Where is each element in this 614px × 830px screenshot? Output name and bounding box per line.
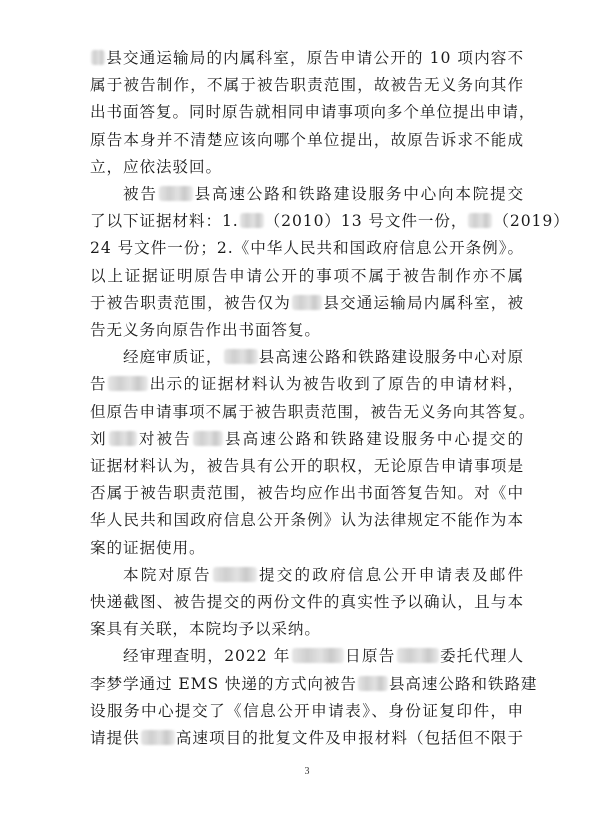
text-segment: 县高速公路和铁路建设服务中心提交的 xyxy=(224,430,524,448)
text-line: 以上证据证明原告申请公开的事项不属于被告制作亦不属 xyxy=(90,264,524,288)
text-line: 经审理查明，2022 年日原告委托代理人 xyxy=(90,644,524,668)
text-line: 刘对被告县高速公路和铁路建设服务中心提交的 xyxy=(90,427,524,451)
text-line: 县交通运输局的内属科室，原告申请公开的 10 项内容不 xyxy=(90,46,524,70)
text-line: 但原告申请事项不属于被告职责范围，被告无义务向其答复。 xyxy=(90,400,524,424)
text-line: 经庭审质证，县高速公路和铁路建设服务中心对原 xyxy=(90,345,524,369)
text-segment: 立，应依法驳回。 xyxy=(90,158,222,176)
document-page: 县交通运输局的内属科室，原告申请公开的 10 项内容不属于被告制作，不属于被告职… xyxy=(0,0,614,830)
text-segment: 告 xyxy=(90,375,107,393)
text-line: 立，应依法驳回。 xyxy=(90,155,524,179)
text-segment: 李梦学通过 EMS 快递的方式向被告 xyxy=(90,675,357,693)
text-segment: 本院对原告 xyxy=(123,566,212,584)
text-line: 否属于被告职责范围，被告均应作出书面答复告知。对《中 xyxy=(90,481,524,505)
redacted-text xyxy=(193,431,223,446)
text-segment: 24 号文件一份；2.《中华人民共和国政府信息公开条例》。 xyxy=(90,239,524,257)
text-segment: 县高速公路和铁路建 xyxy=(389,675,537,693)
text-line: 了以下证据材料：1.（2010）13 号文件一份，（2019） xyxy=(90,209,524,233)
text-segment: 对被告 xyxy=(138,430,192,448)
text-segment: 刘 xyxy=(90,430,108,448)
redacted-text xyxy=(358,676,388,691)
text-line: 证据材料认为，被告具有公开的职权，无论原告申请事项是 xyxy=(90,454,524,478)
text-segment: （2010）13 号文件一份， xyxy=(265,212,468,230)
text-line: 24 号文件一份；2.《中华人民共和国政府信息公开条例》。 xyxy=(90,236,524,260)
redacted-text xyxy=(292,295,322,310)
text-line: 华人民共和国政府信息公开条例》认为法律规定不能作为本 xyxy=(90,508,524,532)
text-segment: 经审理查明，2022 年 xyxy=(123,647,291,665)
text-line: 请提供高速项目的批复文件及申报材料（包括但不限于 xyxy=(90,726,524,750)
text-segment: 高速项目的批复文件及申报材料（包括但不限于 xyxy=(176,729,524,747)
text-line: 属于被告制作，不属于被告职责范围，故被告无义务向其作 xyxy=(90,73,524,97)
text-segment: 县交通运输局的内属科室，原告申请公开的 10 项内容不 xyxy=(106,49,524,67)
redacted-text xyxy=(468,213,492,228)
text-line: 案具有关联，本院均予以采纳。 xyxy=(90,617,524,641)
redacted-text xyxy=(213,567,257,582)
text-segment: 证据材料认为，被告具有公开的职权，无论原告申请事项是 xyxy=(90,457,524,475)
text-segment: 请提供 xyxy=(90,729,140,747)
redacted-text xyxy=(91,50,105,65)
redacted-text xyxy=(108,376,148,391)
text-line: 本院对原告提交的政府信息公开申请表及邮件 xyxy=(90,563,524,587)
text-segment: 了以下证据材料：1. xyxy=(90,212,239,230)
text-line: 告无义务向原告作出书面答复。 xyxy=(90,318,524,342)
redacted-text xyxy=(159,186,193,201)
text-segment: 案的证据使用。 xyxy=(90,539,205,557)
text-line: 于被告职责范围，被告仅为县交通运输局内属科室，被 xyxy=(90,291,524,315)
text-segment: 但原告申请事项不属于被告职责范围，被告无义务向其答复。 xyxy=(90,403,535,421)
text-segment: 设服务中心提交了《信息公开申请表》、身份证复印件，申 xyxy=(90,702,524,720)
text-line: 设服务中心提交了《信息公开申请表》、身份证复印件，申 xyxy=(90,699,524,723)
text-line: 被告县高速公路和铁路建设服务中心向本院提交 xyxy=(90,182,524,206)
redacted-text xyxy=(141,730,175,745)
text-segment: 出示的证据材料认为被告收到了原告的申请材料， xyxy=(149,375,524,393)
text-segment: 于被告职责范围，被告仅为 xyxy=(90,294,291,312)
text-segment: 经庭审质证， xyxy=(123,348,223,366)
text-segment: 快递截图、被告提交的两份文件的真实性予以确认，且与本 xyxy=(90,593,524,611)
text-line: 原告本身并不清楚应该向哪个单位提出，故原告诉求不能成 xyxy=(90,128,524,152)
text-segment: 否属于被告职责范围，被告均应作出书面答复告知。对《中 xyxy=(90,484,524,502)
text-segment: 以上证据证明原告申请公开的事项不属于被告制作亦不属 xyxy=(90,267,524,285)
redacted-text xyxy=(292,648,344,663)
redacted-text xyxy=(109,431,137,446)
text-line: 告出示的证据材料认为被告收到了原告的申请材料， xyxy=(90,372,524,396)
text-line: 案的证据使用。 xyxy=(90,536,524,560)
text-segment: 日原告 xyxy=(345,647,396,665)
text-segment: 原告本身并不清楚应该向哪个单位提出，故原告诉求不能成 xyxy=(90,131,524,149)
text-line: 李梦学通过 EMS 快递的方式向被告县高速公路和铁路建 xyxy=(90,672,524,696)
text-segment: 县高速公路和铁路建设服务中心向本院提交 xyxy=(194,185,524,203)
text-segment: 告无义务向原告作出书面答复。 xyxy=(90,321,321,339)
text-segment: 被告 xyxy=(123,185,158,203)
text-segment: 华人民共和国政府信息公开条例》认为法律规定不能作为本 xyxy=(90,511,524,529)
page-number: 3 xyxy=(302,766,312,777)
text-segment: 提交的政府信息公开申请表及邮件 xyxy=(258,566,524,584)
text-segment: 属于被告制作，不属于被告职责范围，故被告无义务向其作 xyxy=(90,76,524,94)
text-segment: 县交通运输局内属科室，被 xyxy=(323,294,524,312)
text-segment: 案具有关联，本院均予以采纳。 xyxy=(90,620,321,638)
text-segment: 县高速公路和铁路建设服务中心对原 xyxy=(259,348,524,366)
redacted-text xyxy=(397,648,439,663)
text-segment: （2019） xyxy=(493,212,569,230)
text-segment: 出书面答复。同时原告就相同申请事项向多个单位提出申请， xyxy=(90,103,535,121)
redacted-text xyxy=(240,213,264,228)
text-line: 出书面答复。同时原告就相同申请事项向多个单位提出申请， xyxy=(90,100,524,124)
text-segment: 委托代理人 xyxy=(440,647,524,665)
text-line: 快递截图、被告提交的两份文件的真实性予以确认，且与本 xyxy=(90,590,524,614)
redacted-text xyxy=(224,349,258,364)
